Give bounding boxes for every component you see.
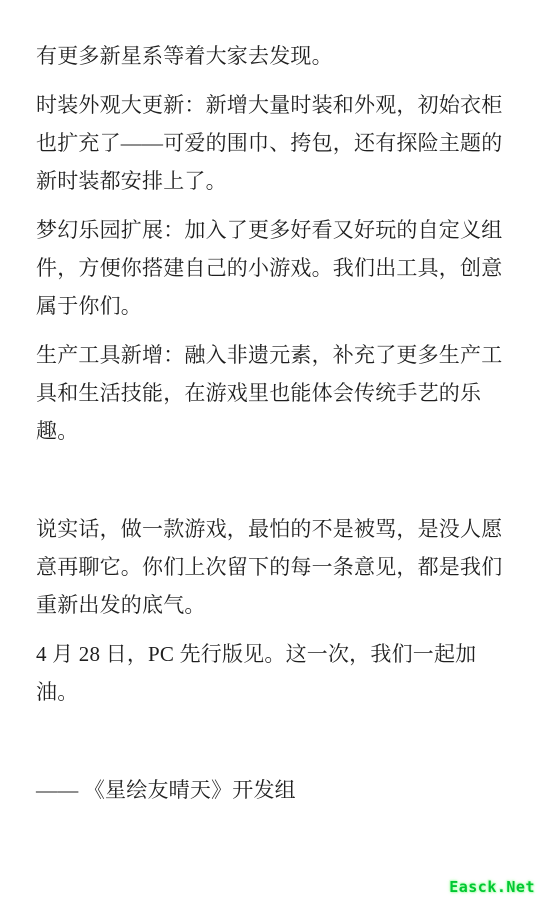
- signature-dev-team: —— 《星绘友晴天》开发组: [36, 771, 504, 809]
- blank-line: [36, 722, 504, 760]
- article-body: 有更多新星系等着大家去发现。 时装外观大更新：新增大量时装和外观，初始衣柜也扩充…: [36, 37, 504, 820]
- paragraph-discovery: 有更多新星系等着大家去发现。: [36, 37, 504, 75]
- paragraph-release-date: 4 月 28 日，PC 先行版见。这一次，我们一起加油。: [36, 635, 504, 711]
- site-watermark: Easck.Net: [449, 878, 535, 896]
- paragraph-fashion-update: 时装外观大更新：新增大量时装和外观，初始衣柜也扩充了——可爱的围巾、挎包，还有探…: [36, 86, 504, 200]
- paragraph-dream-park: 梦幻乐园扩展：加入了更多好看又好玩的自定义组件，方便你搭建自己的小游戏。我们出工…: [36, 211, 504, 325]
- blank-line: [36, 461, 504, 499]
- paragraph-production-tools: 生产工具新增：融入非遗元素，补充了更多生产工具和生活技能，在游戏里也能体会传统手…: [36, 336, 504, 450]
- page: { "page": { "background_color": "#ffffff…: [0, 0, 540, 900]
- paragraph-honest-words: 说实话，做一款游戏，最怕的不是被骂，是没人愿意再聊它。你们上次留下的每一条意见，…: [36, 510, 504, 624]
